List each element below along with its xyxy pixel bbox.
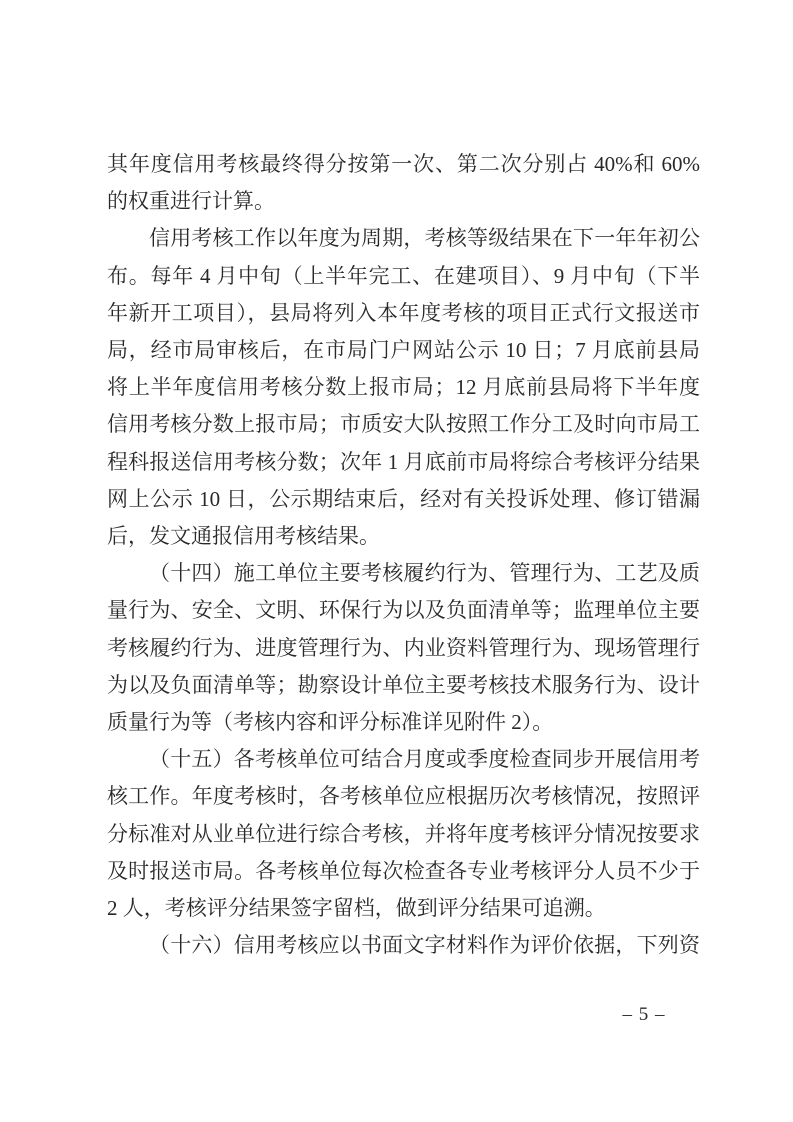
text-line: 核工作。年度考核时，各考核单位应根据历次考核情况，按照评 [107, 778, 700, 815]
text-line: 的权重进行计算。 [107, 183, 700, 220]
paragraph: （十六）信用考核应以书面文字材料作为评价依据，下列资 [107, 927, 700, 964]
text-line: （十六）信用考核应以书面文字材料作为评价依据，下列资 [107, 927, 700, 964]
text-line: 后，发文通报信用考核结果。 [107, 518, 700, 555]
paragraph: （十四）施工单位主要考核履约行为、管理行为、工艺及质 量行为、安全、文明、环保行… [107, 555, 700, 741]
paragraph: 信用考核工作以年度为周期，考核等级结果在下一年年初公 布。每年 4 月中旬（上半… [107, 220, 700, 555]
text-line: （十五）各考核单位可结合月度或季度检查同步开展信用考 [107, 741, 700, 778]
text-line: 2 人，考核评分结果签字留档，做到评分结果可追溯。 [107, 890, 700, 927]
text-line: 分标准对从业单位进行综合考核，并将年度考核评分情况按要求 [107, 816, 700, 853]
text-line: 网上公示 10 日，公示期结束后，经对有关投诉处理、修订错漏 [107, 481, 700, 518]
text-line: 局，经市局审核后，在市局门户网站公示 10 日；7 月底前县局 [107, 332, 700, 369]
text-line: 布。每年 4 月中旬（上半年完工、在建项目）、9 月中旬（下半 [107, 258, 700, 295]
paragraph: （十五）各考核单位可结合月度或季度检查同步开展信用考 核工作。年度考核时，各考核… [107, 741, 700, 927]
text-line: 量行为、安全、文明、环保行为以及负面清单等；监理单位主要 [107, 592, 700, 629]
text-line: 及时报送市局。各考核单位每次检查各专业考核评分人员不少于 [107, 853, 700, 890]
document-text-block: 其年度信用考核最终得分按第一次、第二次分别占 40%和 60% 的权重进行计算。… [107, 146, 700, 964]
page-number: – 5 – [601, 1002, 687, 1028]
text-line: 程科报送信用考核分数；次年 1 月底前市局将综合考核评分结果 [107, 444, 700, 481]
text-line: 信用考核工作以年度为周期，考核等级结果在下一年年初公 [107, 220, 700, 257]
text-line: 信用考核分数上报市局；市质安大队按照工作分工及时向市局工 [107, 406, 700, 443]
text-line: 为以及负面清单等；勘察设计单位主要考核技术服务行为、设计 [107, 667, 700, 704]
document-page: 其年度信用考核最终得分按第一次、第二次分别占 40%和 60% 的权重进行计算。… [0, 0, 793, 1122]
text-line: 年新开工项目），县局将列入本年度考核的项目正式行文报送市 [107, 295, 700, 332]
text-line: 将上半年度信用考核分数上报市局；12 月底前县局将下半年度 [107, 369, 700, 406]
paragraph: 其年度信用考核最终得分按第一次、第二次分别占 40%和 60% 的权重进行计算。 [107, 146, 700, 220]
text-line: （十四）施工单位主要考核履约行为、管理行为、工艺及质 [107, 555, 700, 592]
text-line: 其年度信用考核最终得分按第一次、第二次分别占 40%和 60% [107, 146, 700, 183]
text-line: 考核履约行为、进度管理行为、内业资料管理行为、现场管理行 [107, 630, 700, 667]
text-line: 质量行为等（考核内容和评分标准详见附件 2）。 [107, 704, 700, 741]
